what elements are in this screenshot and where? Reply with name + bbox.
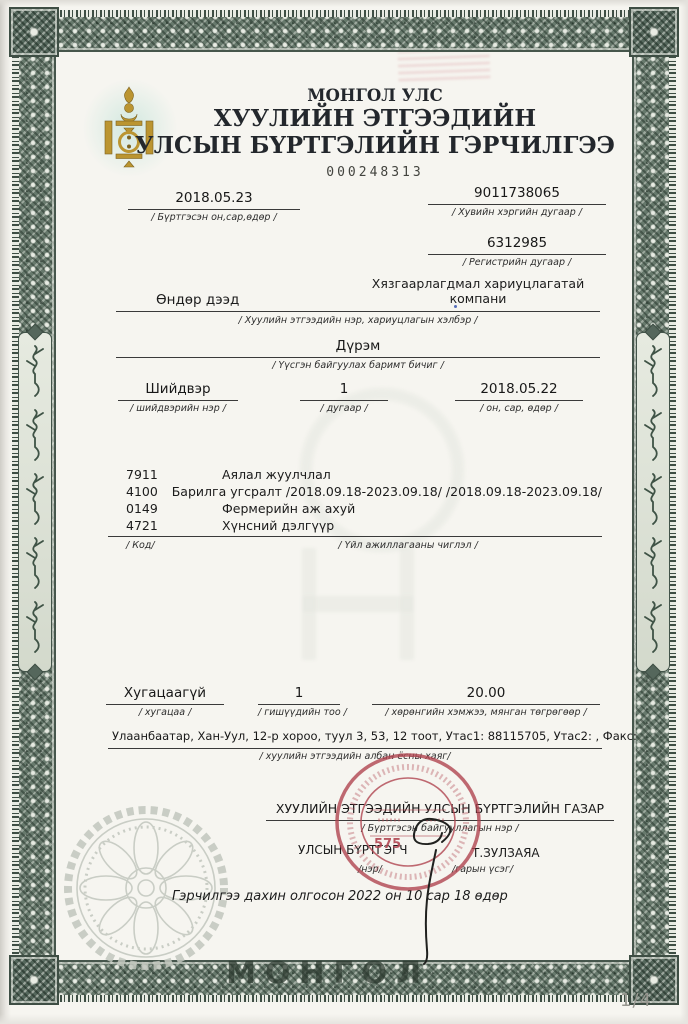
registry-number-label: / Регистрийн дугаар /	[428, 255, 606, 268]
activity-code-label: / Код/	[126, 540, 155, 551]
mongolian-script-panel-left	[18, 332, 52, 672]
paper-edge-left	[0, 0, 11, 1024]
border-band-top	[12, 10, 676, 52]
duration-label: / хугацаа /	[106, 705, 224, 718]
mongolian-script-panel-right	[636, 332, 670, 672]
field-registry-number: 6312985 / Регистрийн дугаар /	[428, 235, 606, 268]
activity-name: Барилга угсралт /2018.09.18-2023.09.18/ …	[172, 483, 602, 500]
field-decision-date: 2018.05.22 / он, сар, өдөр /	[455, 381, 583, 414]
page-indicator: 1/4	[620, 990, 652, 1011]
decision-date-label: / он, сар, өдөр /	[455, 401, 583, 414]
decision-name-label: / шийдвэрийн нэр /	[118, 401, 238, 414]
activity-name: Хүнсний дэлгүүр	[222, 517, 602, 534]
activity-row: 4721 Хүнсний дэлгүүр	[108, 517, 602, 534]
border-corner-knot	[9, 7, 59, 57]
activity-code: 7911	[108, 466, 222, 483]
personal-file-number-value: 9011738065	[428, 185, 606, 205]
field-capital-amount: 20.00 / хөрөнгийн хэмжээ, мянган төгрөгө…	[372, 685, 600, 718]
border-corner-knot	[629, 7, 679, 57]
serial-number: 000248313	[150, 165, 600, 180]
reissue-text: Гэрчилгээ дахин олгосон	[172, 889, 345, 904]
activity-row: 7911 Аялал жуулчлал	[108, 466, 602, 483]
country-name: МОНГОЛ УЛС	[150, 86, 600, 105]
paper-edge-right	[680, 0, 688, 1024]
vertical-script-ornament	[22, 342, 48, 662]
border-corner-knot	[9, 955, 59, 1005]
activity-name: Аялал жуулчлал	[222, 466, 602, 483]
member-count-value: 1	[258, 685, 340, 705]
capital-amount-value: 20.00	[372, 685, 600, 705]
ink-dot	[454, 305, 457, 308]
liability-form-line2: компани	[356, 292, 600, 307]
field-decision-number: 1 / дугаар /	[300, 381, 388, 414]
watermark-letter	[302, 548, 414, 660]
faint-stamp-transfer-mark	[398, 48, 491, 81]
registered-date-label: / Бүртгэсэн он,сар,өдөр /	[128, 210, 300, 223]
personal-file-number-label: / Хувийн хэргийн дугаар /	[428, 205, 606, 218]
activity-name-label: / Үйл ажиллагааны чиглэл /	[258, 540, 558, 551]
activity-row: 4100 Барилга угсралт /2018.09.18-2023.09…	[108, 483, 602, 500]
duration-value: Хугацаагүй	[106, 685, 224, 705]
vertical-script-ornament	[640, 342, 666, 662]
registered-date-value: 2018.05.23	[128, 190, 300, 210]
paper-edge-top	[0, 0, 688, 7]
liability-form-line1: Хязгаарлагдмал хариуцлагатай	[356, 277, 600, 292]
field-decision-name: Шийдвэр / шийдвэрийн нэр /	[118, 381, 238, 414]
certificate-document: МОНГОЛ МОНГОЛ УЛС ХУУЛИЙН ЭТГЭЭДИЙН УЛСЫ…	[0, 0, 688, 1024]
founding-document-value: Дүрэм	[116, 338, 600, 358]
activities-table: 7911 Аялал жуулчлал 4100 Барилга угсралт…	[108, 466, 602, 537]
field-entity-name: Өндөр дээд Хязгаарлагдмал хариуцлагатай …	[116, 278, 600, 312]
field-registered-date: 2018.05.23 / Бүртгэсэн он,сар,өдөр /	[128, 190, 300, 223]
decision-number-label: / дугаар /	[300, 401, 388, 414]
entity-name-value: Өндөр дээд	[156, 292, 239, 308]
field-personal-file-number: 9011738065 / Хувийн хэргийн дугаар /	[428, 185, 606, 218]
field-member-count: 1 / гишүүдийн тоо /	[258, 685, 340, 718]
paper-edge-bottom	[0, 1014, 688, 1024]
certificate-title-line1: ХУУЛИЙН ЭТГЭЭДИЙН	[150, 105, 600, 132]
official-address-value: Улаанбаатар, Хан-Уул, 12-р хороо, туул 3…	[108, 729, 602, 749]
activity-code: 4721	[108, 517, 222, 534]
decision-name-value: Шийдвэр	[118, 381, 238, 401]
signature-scribble	[380, 758, 500, 970]
liability-form-value: Хязгаарлагдмал хариуцлагатай компани	[356, 277, 600, 306]
decision-date-value: 2018.05.22	[455, 381, 583, 401]
founding-document-label: / Үүсгэн байгуулах баримт бичиг /	[116, 358, 600, 371]
entity-name-label: / Хуулийн этгээдийн нэр, хариуцлагын хэл…	[116, 315, 600, 326]
activity-code: 0149	[108, 500, 222, 517]
field-founding-document: Дүрэм / Үүсгэн байгуулах баримт бичиг /	[116, 338, 600, 371]
certificate-title-line2: УЛСЫН БҮРТГЭЛИЙН ГЭРЧИЛГЭЭ	[120, 132, 630, 159]
member-count-label: / гишүүдийн тоо /	[258, 705, 340, 718]
activity-row: 0149 Фермерийн аж ахуй	[108, 500, 602, 517]
registry-number-value: 6312985	[428, 235, 606, 255]
field-duration: Хугацаагүй / хугацаа /	[106, 685, 224, 718]
capital-amount-label: / хөрөнгийн хэмжээ, мянган төгрөгөөр /	[372, 705, 600, 718]
activity-code: 4100	[108, 483, 172, 500]
decision-number-value: 1	[300, 381, 388, 401]
activity-name: Фермерийн аж ахуй	[222, 500, 602, 517]
embossed-seal	[58, 798, 234, 978]
